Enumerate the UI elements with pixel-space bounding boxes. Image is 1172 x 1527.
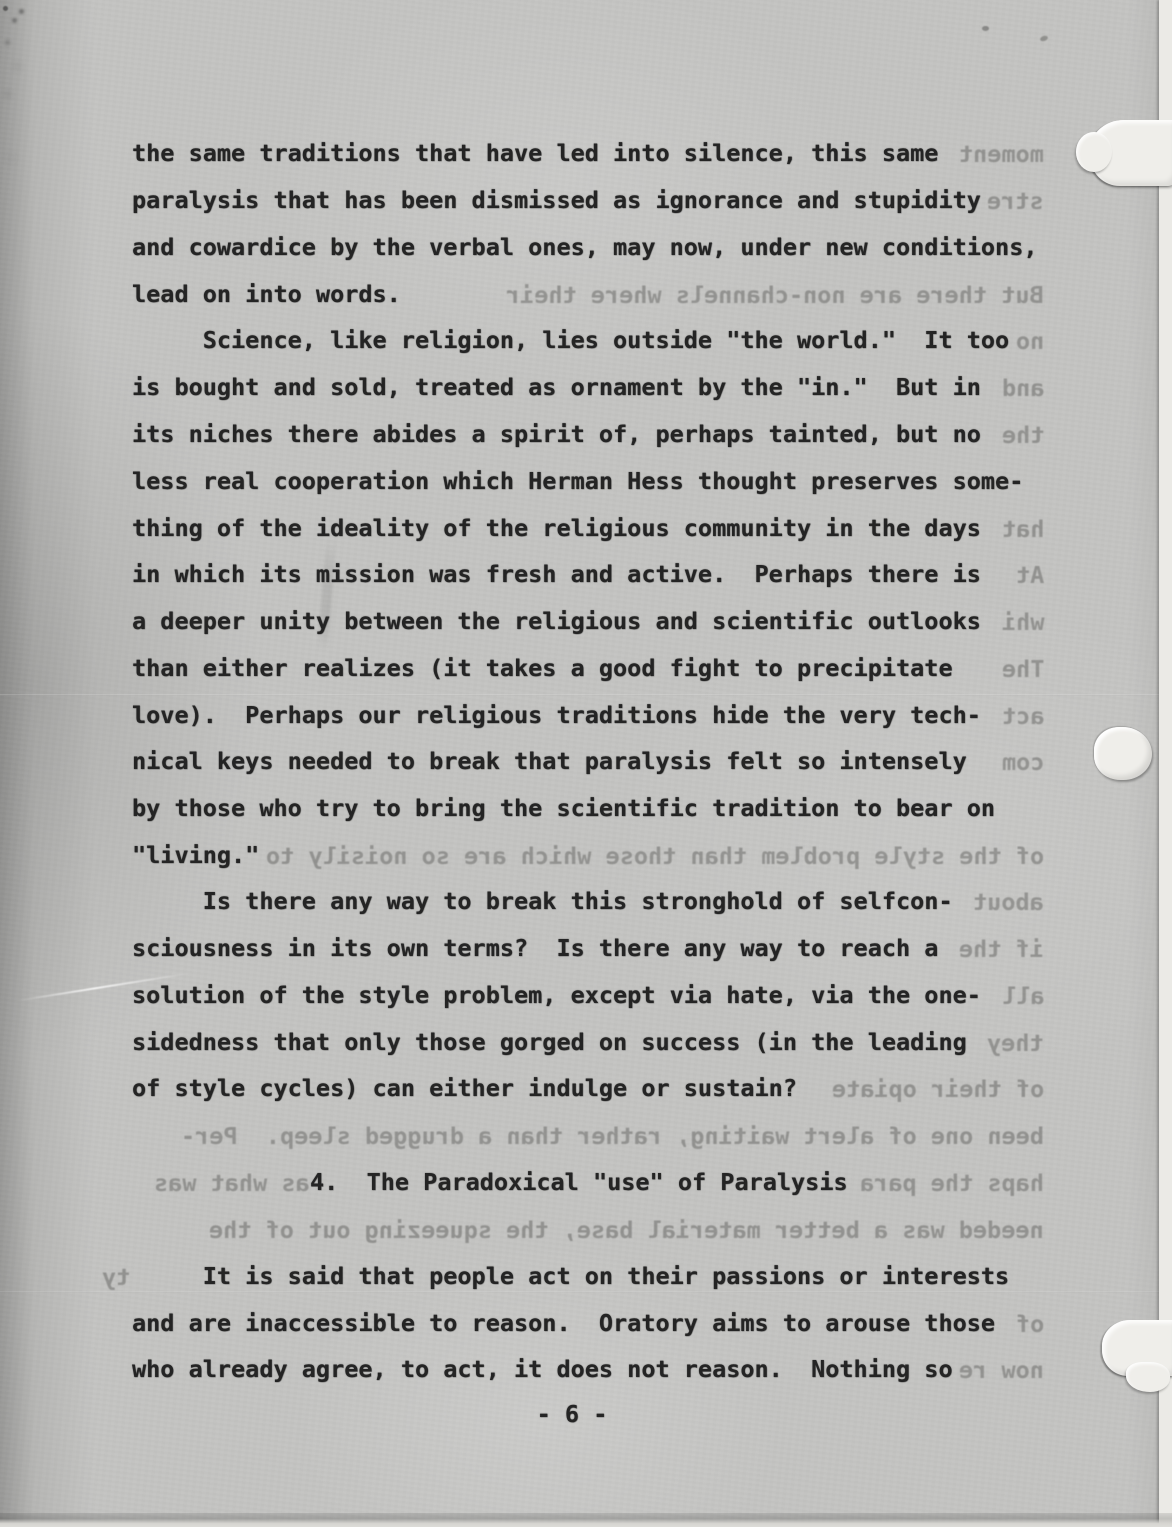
bleed-through-text: At — [1016, 560, 1044, 590]
typed-text: than either realizes (it takes a good fi… — [132, 654, 953, 682]
text-line: its niches there abides a spirit of, per… — [132, 419, 1040, 459]
torn-punch-hole — [1094, 727, 1152, 780]
bleed-through-text: and — [1002, 373, 1044, 403]
text-line: a deeper unity between the religious and… — [132, 606, 1040, 646]
text-line: is bought and sold, treated as ornament … — [132, 372, 1040, 412]
text-line: nical keys needed to break that paralysi… — [132, 746, 1040, 786]
bleed-through-text: of — [1016, 1309, 1044, 1339]
torn-notch-top-right — [1090, 120, 1172, 186]
typed-text-block: the same traditions that have led into s… — [0, 0, 1172, 1527]
bleed-through-text: the — [1002, 420, 1044, 450]
typed-text: lead on into words. — [132, 280, 401, 308]
typed-text: thing of the ideality of the religious c… — [132, 514, 981, 542]
typed-text: - 6 - — [537, 1400, 608, 1428]
typed-text: Science, like religion, lies outside "th… — [132, 326, 1009, 354]
typed-text: its niches there abides a spirit of, per… — [132, 420, 981, 448]
bleed-through-text: been one of alert waiting, rather than a… — [181, 1121, 1044, 1151]
text-line: "living."of the style problem than those… — [132, 840, 1040, 880]
text-line: solution of the style problem, except vi… — [132, 980, 1040, 1020]
text-line: been one of alert waiting, rather than a… — [132, 1120, 1040, 1160]
bleed-through-text: they — [987, 1028, 1044, 1058]
typed-text: "living." — [132, 841, 259, 869]
bleed-through-text: haps the para — [860, 1168, 1044, 1198]
bleed-through-text: act — [1002, 701, 1044, 731]
typed-text: in which its mission was fresh and activ… — [132, 560, 981, 588]
typed-text: sidedness that only those gorged on succ… — [132, 1028, 967, 1056]
text-line: in which its mission was fresh and activ… — [132, 559, 1040, 599]
text-line: ty It is said that people act on their p… — [132, 1261, 1040, 1301]
typed-text: solution of the style problem, except vi… — [132, 981, 981, 1009]
bleed-through-text: of the style problem than those which ar… — [266, 841, 1044, 871]
bleed-through-text: of their opiate — [832, 1074, 1044, 1104]
typed-text: is bought and sold, treated as ornament … — [132, 373, 981, 401]
typed-text: sciousness in its own terms? Is there an… — [132, 934, 938, 962]
bleed-through-text: moment — [959, 139, 1044, 169]
typed-text: 4. The Paradoxical "use" of Paralysis — [310, 1168, 848, 1196]
bleed-through-text: needed was a better material base, the s… — [209, 1215, 1044, 1245]
text-line: sciousness in its own terms? Is there an… — [132, 933, 1040, 973]
bleed-through-text: The — [1002, 654, 1044, 684]
typed-text: a deeper unity between the religious and… — [132, 607, 981, 635]
bleed-through-text: But there are non-channels where their — [506, 280, 1044, 310]
text-line: of style cycles) can either indulge or s… — [132, 1073, 1040, 1113]
typed-text: and are inaccessible to reason. Oratory … — [132, 1309, 995, 1337]
bleed-through-text: com — [1002, 747, 1044, 777]
text-line: lead on into words.But there are non-cha… — [132, 279, 1040, 319]
bleed-through-text: as what was — [154, 1168, 310, 1198]
typed-text: and cowardice by the verbal ones, may no… — [132, 233, 1037, 261]
text-line: love). Perhaps our religious traditions … — [132, 700, 1040, 740]
bleed-through-text: now re — [959, 1355, 1044, 1385]
text-line: Science, like religion, lies outside "th… — [132, 325, 1040, 365]
text-line: needed was a better material base, the s… — [132, 1214, 1040, 1254]
text-line: Is there any way to break this stronghol… — [132, 886, 1040, 926]
text-line: sidedness that only those gorged on succ… — [132, 1027, 1040, 1067]
text-line: than either realizes (it takes a good fi… — [132, 653, 1040, 693]
text-line: the same traditions that have led into s… — [132, 138, 1040, 178]
torn-notch-bottom-right — [1102, 1320, 1172, 1376]
page-number: - 6 - — [132, 1399, 1012, 1439]
text-line: thing of the ideality of the religious c… — [132, 513, 1040, 553]
scanned-page: { "document": { "kind": "typewritten man… — [0, 0, 1172, 1527]
bleed-through-text: no — [1016, 326, 1044, 356]
bleed-through-text: all — [1002, 981, 1044, 1011]
typed-text: love). Perhaps our religious traditions … — [132, 701, 981, 729]
typed-text: Is there any way to break this stronghol… — [132, 887, 953, 915]
section-heading: as what was4. The Paradoxical "use" of P… — [132, 1167, 1040, 1207]
text-line: paralysis that has been dismissed as ign… — [132, 185, 1040, 225]
bleed-through-text: ty — [102, 1262, 130, 1292]
text-line: and are inaccessible to reason. Oratory … — [132, 1308, 1040, 1348]
text-line: less real cooperation which Herman Hess … — [132, 466, 1040, 506]
typed-text: paralysis that has been dismissed as ign… — [132, 186, 981, 214]
bleed-through-text: if the — [959, 934, 1044, 964]
text-line: and cowardice by the verbal ones, may no… — [132, 232, 1040, 272]
typed-text: the same traditions that have led into s… — [132, 139, 938, 167]
typed-text: less real cooperation which Herman Hess … — [132, 467, 1023, 495]
typed-text: of style cycles) can either indulge or s… — [132, 1074, 797, 1102]
typed-text: nical keys needed to break that paralysi… — [132, 747, 967, 775]
bleed-through-text: whi — [1002, 607, 1044, 637]
typed-text: who already agree, to act, it does not r… — [132, 1355, 953, 1383]
bleed-through-text: stre — [987, 186, 1044, 216]
typed-text: by those who try to bring the scientific… — [132, 794, 995, 822]
text-line: by those who try to bring the scientific… — [132, 793, 1040, 833]
bleed-through-text: about — [973, 887, 1044, 917]
bleed-through-text: hat — [1002, 514, 1044, 544]
typed-text: It is said that people act on their pass… — [132, 1262, 1009, 1290]
text-line: who already agree, to act, it does not r… — [132, 1354, 1040, 1394]
